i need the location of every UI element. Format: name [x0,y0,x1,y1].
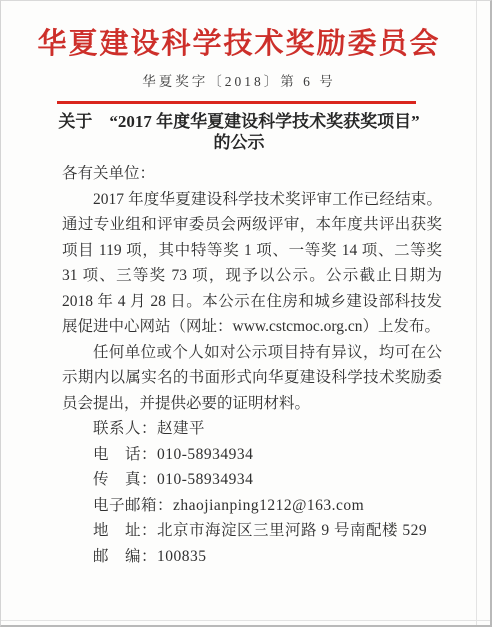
paper-edge-right [476,1,477,627]
contact-person-value: 赵建平 [157,420,205,437]
contact-label: 邮 编： [93,548,157,565]
contact-row-fax: 传 真：010-58934934 [62,467,442,493]
contact-email-value: zhaojianping1212@163.com [173,497,364,514]
doc-title-line1: 关于 “2017 年度华夏建设科学技术奖获奖项目” [39,111,439,132]
document-body: 各有关单位： 2017 年度华夏建设科学技术奖评审工作已经结束。通过专业组和评审… [62,161,442,569]
salutation: 各有关单位： [62,161,442,187]
contact-postcode-value: 100835 [157,548,207,565]
red-divider [57,101,416,104]
doc-title-line2: 的公示 [39,132,439,153]
contact-row-email: 电子邮箱：zhaojianping1212@163.com [62,493,442,519]
contact-address-value: 北京市海淀区三里河路 9 号南配楼 529 [157,522,427,539]
paper-edge-bottom [1,620,492,621]
document-page: 华夏建设科学技术奖励委员会 华夏奖字〔2018〕第 6 号 关于 “2017 年… [0,0,492,627]
contact-fax-value: 010-58934934 [157,471,253,488]
doc-number: 华夏奖字〔2018〕第 6 号 [1,73,477,91]
doc-title: 关于 “2017 年度华夏建设科学技术奖获奖项目” 的公示 [39,111,439,153]
contact-row-phone: 电 话：010-58934934 [62,442,442,468]
contact-label: 电 话： [93,446,157,463]
org-title: 华夏建设科学技术奖励委员会 [1,25,477,63]
contact-label: 联系人： [93,420,157,437]
contact-phone-value: 010-58934934 [157,446,253,463]
paragraph-results: 2017 年度华夏建设科学技术奖评审工作已经结束。通过专业组和评审委员会两级评审… [62,187,442,340]
contact-label: 地 址： [93,522,157,539]
contact-row-address: 地 址：北京市海淀区三里河路 9 号南配楼 529 [62,518,442,544]
contact-label: 电子邮箱： [93,497,173,514]
contact-row-postcode: 邮 编：100835 [62,544,442,570]
paragraph-objection: 任何单位或个人如对公示项目持有异议，均可在公示期内以属实名的书面形式向华夏建设科… [62,340,442,417]
contact-row-person: 联系人：赵建平 [62,416,442,442]
contact-label: 传 真： [93,471,157,488]
